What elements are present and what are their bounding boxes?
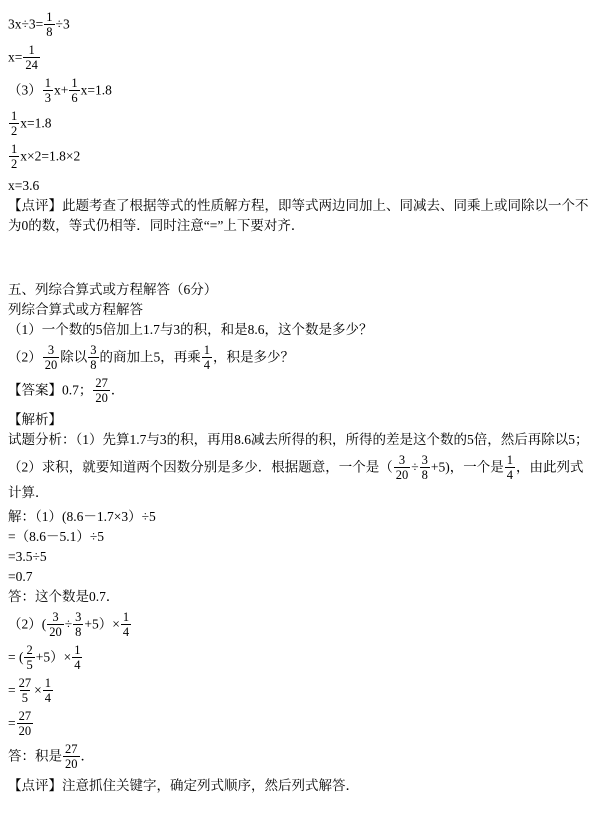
fraction: 320 (47, 610, 64, 639)
fraction-numerator: 27 (93, 376, 110, 390)
text-segment: x=3.6 (8, 178, 39, 193)
fraction: 12 (9, 109, 19, 138)
fraction: 2720 (63, 742, 80, 771)
text-segment: =（8.6－5.1）÷5 (8, 529, 104, 544)
fraction-denominator: 20 (47, 624, 64, 639)
solution-step: =275×14 (8, 677, 590, 706)
fraction: 320 (43, 343, 60, 372)
fraction-denominator: 3 (43, 90, 53, 105)
fraction-denominator: 8 (88, 357, 98, 372)
text-segment: 试题分析：（1）先算1.7与3的积，再用8.6减去所得的积，所得的差是这个数的5… (8, 432, 589, 447)
text-segment: = (8, 683, 16, 698)
solution-step: =3.5÷5 (8, 547, 590, 567)
fraction-denominator: 20 (63, 756, 80, 771)
solution-step: =2720 (8, 710, 590, 739)
comment-paragraph: 【点评】注意抓住关键字，确定列式顺序，然后列式解答． (8, 776, 590, 796)
fraction-numerator: 3 (73, 610, 83, 624)
text-segment: =0.7 (8, 569, 33, 584)
text-segment: × (34, 683, 42, 698)
text-segment: ÷3 (56, 17, 70, 32)
fraction-numerator: 1 (505, 453, 515, 467)
fraction-numerator: 1 (121, 610, 131, 624)
text-segment: 除以 (60, 350, 87, 365)
fraction-numerator: 1 (72, 643, 82, 657)
text-segment: 列综合算式或方程解答 (8, 302, 143, 317)
text-segment: = ( (8, 650, 23, 665)
fraction-denominator: 4 (202, 357, 212, 372)
solution-step: = (25+5）×14 (8, 644, 590, 673)
fraction-denominator: 8 (420, 467, 430, 482)
analysis-text: 试题分析：（1）先算1.7与3的积，再用8.6减去所得的积，所得的差是这个数的5… (8, 430, 590, 450)
fraction-numerator: 3 (420, 453, 430, 467)
solution-answer: 答：积是2720． (8, 743, 590, 772)
section-gap (8, 236, 590, 280)
fraction: 16 (69, 76, 79, 105)
text-segment: 的商加上5，再乘 (100, 350, 201, 365)
text-segment: 【点评】注意抓住关键字，确定列式顺序，然后列式解答． (8, 778, 359, 793)
problem-statement: （2）320除以38的商加上5，再乘14，积是多少？ (8, 344, 590, 373)
fraction: 275 (17, 676, 34, 705)
text-segment: +5）× (36, 650, 71, 665)
text-segment: （2）( (8, 617, 46, 632)
fraction: 14 (121, 610, 131, 639)
fraction: 38 (73, 610, 83, 639)
text-segment: =3.5÷5 (8, 549, 47, 564)
text-segment: 【答案】0.7； (8, 383, 92, 398)
text-segment: 【解析】 (8, 412, 62, 427)
fraction: 14 (202, 343, 212, 372)
fraction-denominator: 20 (93, 390, 110, 405)
fraction-numerator: 3 (50, 610, 60, 624)
text-segment: +5）× (84, 617, 119, 632)
fraction-denominator: 2 (9, 123, 19, 138)
fraction: 2720 (93, 376, 110, 405)
text-segment: 答：积是 (8, 749, 62, 764)
answer-line: 【答案】0.7；2720． (8, 377, 590, 406)
fraction: 124 (23, 43, 40, 72)
fraction-denominator: 24 (23, 57, 40, 72)
section-subtitle: 列综合算式或方程解答 (8, 300, 590, 320)
fraction: 18 (44, 10, 54, 39)
solution-step: 解：（1）(8.6－1.7×3）÷5 (8, 507, 590, 527)
solution-step: =0.7 (8, 567, 590, 587)
equation-step: 12x=1.8 (8, 110, 590, 139)
fraction-denominator: 4 (505, 467, 515, 482)
equation-step: x=124 (8, 44, 590, 73)
solution-answer: 答：这个数是0.7． (8, 587, 590, 607)
text-segment: 【点评】此题考查了根据等式的性质解方程，即等式两边同加上、同减去、同乘上或同除以… (8, 198, 589, 233)
worksheet-page: 3x÷3=18÷3x=124（3）13x+16x=1.812x=1.812x×2… (0, 0, 598, 821)
fraction-denominator: 6 (69, 90, 79, 105)
analysis-heading: 【解析】 (8, 410, 590, 430)
solution-step: （2）(320÷38+5）×14 (8, 611, 590, 640)
text-segment: 五、列综合算式或方程解答（6分） (8, 282, 217, 297)
fraction-denominator: 5 (24, 657, 34, 672)
text-segment: x×2=1.8×2 (20, 149, 80, 164)
solution-step: =（8.6－5.1）÷5 (8, 527, 590, 547)
fraction: 320 (394, 453, 411, 482)
equation-step: 3x÷3=18÷3 (8, 11, 590, 40)
fraction-numerator: 3 (46, 343, 56, 357)
fraction-denominator: 8 (73, 624, 83, 639)
text-segment: （2）求积，就要知道两个因数分别是多少．根据题意，一个是（ (8, 460, 393, 475)
fraction-denominator: 5 (20, 690, 30, 705)
text-segment: x= (8, 50, 22, 65)
text-segment: 解：（1）(8.6－1.7×3）÷5 (8, 509, 156, 524)
fraction-numerator: 1 (43, 76, 53, 90)
document-body: 3x÷3=18÷3x=124（3）13x+16x=1.812x=1.812x×2… (8, 11, 590, 796)
fraction: 14 (43, 676, 53, 705)
fraction-denominator: 8 (44, 24, 54, 39)
text-segment: x=1.8 (81, 83, 112, 98)
fraction: 38 (420, 453, 430, 482)
fraction: 2720 (17, 709, 34, 738)
text-segment: ÷ (411, 460, 418, 475)
fraction: 38 (88, 343, 98, 372)
fraction-numerator: 1 (9, 109, 19, 123)
text-segment: = (8, 716, 16, 731)
text-segment: 答：这个数是0.7． (8, 589, 119, 604)
fraction-numerator: 27 (63, 742, 80, 756)
text-segment: ÷ (65, 617, 72, 632)
equation-step: x=3.6 (8, 176, 590, 196)
fraction-denominator: 20 (394, 467, 411, 482)
fraction-numerator: 1 (43, 676, 53, 690)
fraction: 25 (24, 643, 34, 672)
text-segment: （3） (8, 83, 42, 98)
fraction-numerator: 27 (17, 709, 34, 723)
fraction-denominator: 4 (121, 624, 131, 639)
fraction-numerator: 27 (17, 676, 34, 690)
text-segment: ． (81, 749, 95, 764)
text-segment: +5)，一个是 (431, 460, 504, 475)
text-segment: ． (111, 383, 125, 398)
text-segment: （2） (8, 350, 42, 365)
text-segment: x+ (54, 83, 68, 98)
comment-paragraph: 【点评】此题考查了根据等式的性质解方程，即等式两边同加上、同减去、同乘上或同除以… (8, 196, 590, 236)
fraction-denominator: 20 (17, 723, 34, 738)
fraction: 14 (72, 643, 82, 672)
fraction-numerator: 2 (24, 643, 34, 657)
fraction-numerator: 3 (397, 453, 407, 467)
fraction-denominator: 4 (43, 690, 53, 705)
fraction-numerator: 1 (27, 43, 37, 57)
text-segment: x=1.8 (20, 116, 51, 131)
text-segment: ，积是多少？ (213, 350, 294, 365)
fraction-numerator: 1 (9, 142, 19, 156)
problem-statement: （1）一个数的5倍加上1.7与3的积，和是8.6，这个数是多少？ (8, 320, 590, 340)
analysis-text: （2）求积，就要知道两个因数分别是多少．根据题意，一个是（320÷38+5)，一… (8, 454, 590, 503)
section-title: 五、列综合算式或方程解答（6分） (8, 280, 590, 300)
fraction-denominator: 2 (9, 156, 19, 171)
text-segment: （1）一个数的5倍加上1.7与3的积，和是8.6，这个数是多少？ (8, 322, 373, 337)
fraction: 13 (43, 76, 53, 105)
fraction-denominator: 20 (43, 357, 60, 372)
equation-step: 12x×2=1.8×2 (8, 143, 590, 172)
fraction-denominator: 4 (72, 657, 82, 672)
fraction: 14 (505, 453, 515, 482)
fraction-numerator: 1 (44, 10, 54, 24)
equation-step: （3）13x+16x=1.8 (8, 77, 590, 106)
fraction-numerator: 1 (69, 76, 79, 90)
fraction-numerator: 1 (202, 343, 212, 357)
text-segment: 3x÷3= (8, 17, 43, 32)
fraction: 12 (9, 142, 19, 171)
fraction-numerator: 3 (88, 343, 98, 357)
